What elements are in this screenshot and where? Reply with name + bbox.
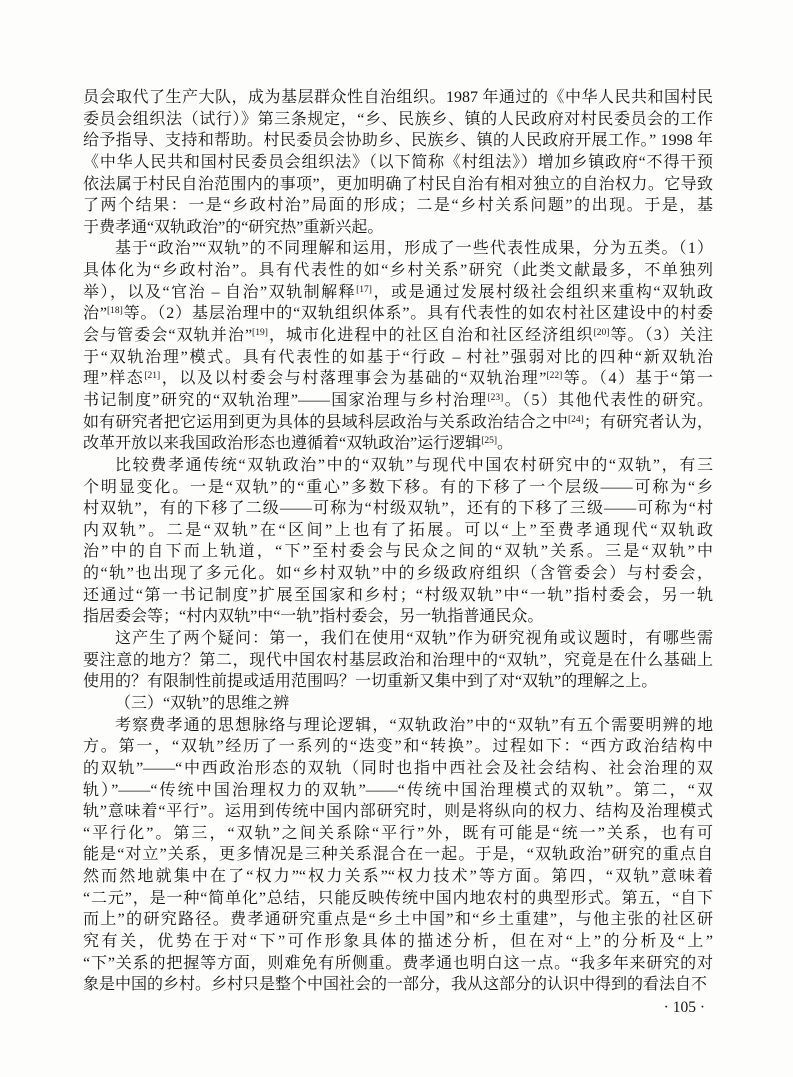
text-block: 员会取代了生产大队，成为基层群众性自治组织。1987 年通过的《中华人民共和国村… — [83, 87, 713, 996]
text-line: “二元”，是一种“简单化”总结，只能反映传统中国内地农村的典型形式。第五，“自下 — [83, 888, 713, 910]
footnote-ref: [23] — [488, 393, 504, 403]
text-line: 个明显变化。一是“双轨”的“重心”多数下移。有的下移了一个层级——可称为“乡 — [83, 477, 713, 499]
text-line: 的“轨”也出现了多元化。如“乡村双轨”中的乡级政府组织（含管委会）与村委会， — [83, 563, 713, 585]
text-line: 如有研究者把它运用到更为具体的县域科层政治与关系政治结合之中[24]；有研究者认… — [83, 412, 713, 434]
text-line: 轨）”——“传统中国治理权力的双轨”——“传统中国治理模式的双轨”。第二，“双 — [83, 780, 713, 802]
text-line: 究有关，优势在于对“下”可作形象具体的描述分析，但在对“上”的分析及“上” — [83, 931, 713, 953]
text-line: 内双轨”。二是“双轨”在“区间”上也有了拓展。可以“上”至费孝通现代“双轨政 — [83, 520, 713, 542]
text-line: 然而然地就集中在了“权力”“权力关系”“权力技术”等方面。第四，“双轨”意味着 — [83, 866, 713, 888]
text-line: 依法属于村民自治范围内的事项”，更加明确了村民自治有相对独立的自治权力。它导致 — [83, 174, 713, 196]
page-number: · 105 · — [83, 999, 705, 1017]
text-line: 了两个结果：一是“乡政村治”局面的形成；二是“乡村关系问题”的出现。于是，基 — [83, 195, 713, 217]
paragraph: 这产生了两个疑问：第一，我们在使用“双轨”作为研究视角或议题时，有哪些需要注意的… — [83, 628, 713, 693]
text-line: 于“双轨治理”模式。具有代表性的如基于“行政 – 村社”强弱对比的四种“新双轨治 — [83, 347, 713, 369]
text-line: 村双轨”，有的下移了二级——可称为“村级双轨”，还有的下移了三级——可称为“村 — [83, 498, 713, 520]
text-line: 使用的？有限制性前提或适用范围吗？一切重新又集中到了对“双轨”的理解之上。 — [83, 671, 713, 693]
footnote-ref: [19] — [252, 328, 268, 338]
text-line: 给予指导、支持和帮助。村民委员会协助乡、民族乡、镇的人民政府开展工作。” 199… — [83, 130, 713, 152]
text-line: 举），以及“官治 – 自治”双轨制解释[17]，或是通过发展村级社会组织来重构“… — [83, 282, 713, 304]
footnote-ref: [17] — [356, 285, 372, 295]
footnote-ref: [21] — [144, 371, 160, 381]
text-line: 轨”意味着“平行”。运用到传统中国内部研究时，则是将纵向的权力、结构及治理模式 — [83, 801, 713, 823]
text-line: （三）“双轨”的思维之辨 — [83, 693, 713, 715]
footnote-ref: [22] — [546, 371, 562, 381]
footnote-ref: [20] — [594, 328, 610, 338]
text-line: 书记制度”研究的“双轨治理”——国家治理与乡村治理[23]。（5）其他代表性的研… — [83, 390, 713, 412]
text-line: 能是“对立”关系，更多情况是三种关系混合在一起。于是，“双轨政治”研究的重点自 — [83, 844, 713, 866]
text-line: 治”[18]等。（2）基层治理中的“双轨组织体系”。具有代表性的如农村社区建设中… — [83, 303, 713, 325]
text-line: 基于“政治”“双轨”的不同理解和运用，形成了一些代表性成果，分为五类。（1） — [83, 238, 713, 260]
text-line: 而上”的研究路径。费孝通研究重点是“乡土中国”和“乡土重建”，与他主张的社区研 — [83, 909, 713, 931]
document-page: 员会取代了生产大队，成为基层群众性自治组织。1987 年通过的《中华人民共和国村… — [0, 0, 793, 1077]
text-line: 治”中的自下而上轨道，“下”至村委会与民众之间的“双轨”关系。三是“双轨”中 — [83, 541, 713, 563]
section-heading: （三）“双轨”的思维之辨 — [83, 693, 713, 715]
paragraph: 基于“政治”“双轨”的不同理解和运用，形成了一些代表性成果，分为五类。（1）具体… — [83, 238, 713, 454]
text-line: 的双轨”——“中西政治形态的双轨（同时也指中西社会及社会结构、社会治理的双 — [83, 758, 713, 780]
text-line: 具体化为“乡政村治”。具有代表性的如“乡村关系”研究（此类文献最多，不单独列 — [83, 260, 713, 282]
text-line: 改革开放以来我国政治形态也遵循着“双轨政治”运行逻辑[25]。 — [83, 433, 713, 455]
text-line: 象是中国的乡村。乡村只是整个中国社会的一部分，我从这部分的认识中得到的看法自不 — [83, 974, 713, 996]
text-line: 会与管委会“双轨并治”[19]，城市化进程中的社区自治和社区经济组织[20]等。… — [83, 325, 713, 347]
text-line: 员会取代了生产大队，成为基层群众性自治组织。1987 年通过的《中华人民共和国村… — [83, 87, 713, 109]
text-line: 要注意的地方？第二，现代中国农村基层政治和治理中的“双轨”，究竟是在什么基础上 — [83, 650, 713, 672]
paragraph: 比较费孝通传统“双轨政治”中的“双轨”与现代中国农村研究中的“双轨”，有三个明显… — [83, 455, 713, 628]
footnote-ref: [24] — [568, 415, 584, 425]
paragraph: 员会取代了生产大队，成为基层群众性自治组织。1987 年通过的《中华人民共和国村… — [83, 87, 713, 238]
footnote-ref: [25] — [481, 436, 497, 446]
text-line: “下”关系的把握等方面，则难免有所侧重。费孝通也明白这一点。“我多年来研究的对 — [83, 953, 713, 975]
text-line: 指居委会等；“村内双轨”中“一轨”指村委会，另一轨指普通民众。 — [83, 606, 713, 628]
footnote-ref: [18] — [107, 306, 123, 316]
text-line: 考察费孝通的思想脉络与理论逻辑，“双轨政治”中的“双轨”有五个需要明辨的地 — [83, 715, 713, 737]
paragraph: 考察费孝通的思想脉络与理论逻辑，“双轨政治”中的“双轨”有五个需要明辨的地方。第… — [83, 715, 713, 996]
text-line: 委员会组织法（试行）》第三条规定，“乡、民族乡、镇的人民政府对村民委员会的工作 — [83, 109, 713, 131]
text-line: 比较费孝通传统“双轨政治”中的“双轨”与现代中国农村研究中的“双轨”，有三 — [83, 455, 713, 477]
text-line: 这产生了两个疑问：第一，我们在使用“双轨”作为研究视角或议题时，有哪些需 — [83, 628, 713, 650]
text-line: “平行化”。第三，“双轨”之间关系除“平行”外，既有可能是“统一”关系，也有可 — [83, 823, 713, 845]
text-line: 理”样态[21]，以及以村委会与村落理事会为基础的“双轨治理”[22]等。（4）… — [83, 368, 713, 390]
text-line: 还通过“第一书记制度”扩展至国家和乡村；“村级双轨”中“一轨”指村委会，另一轨 — [83, 585, 713, 607]
text-line: 方。第一，“双轨”经历了一系列的“迭变”和“转换”。过程如下：“西方政治结构中 — [83, 736, 713, 758]
text-line: 于费孝通“双轨政治”的“研究热”重新兴起。 — [83, 217, 713, 239]
text-line: 《中华人民共和国村民委员会组织法》（以下简称《村组法》）增加乡镇政府“不得干预 — [83, 152, 713, 174]
